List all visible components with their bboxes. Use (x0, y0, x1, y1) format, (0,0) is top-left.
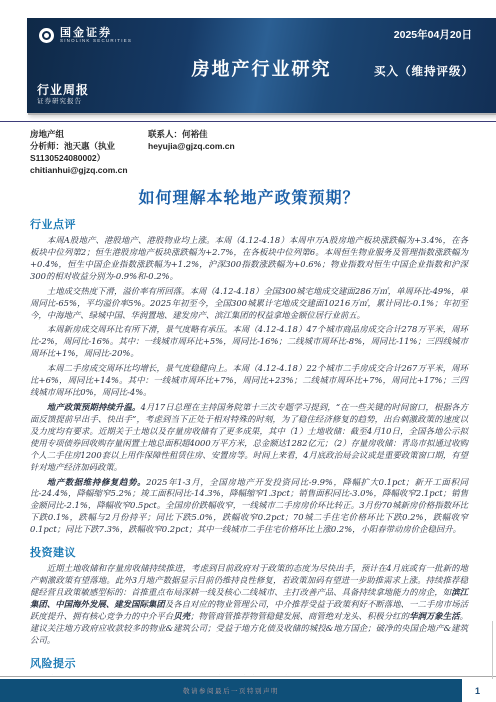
page-title: 如何理解本轮地产政策预期？ (30, 185, 468, 208)
brand: 国金证券 SINOLINK SECURITIES (39, 27, 132, 44)
comment-paragraph: 地产政策预期持续升温。4月17日总理在主持国务院第十三次专题学习提到，“在一些关… (30, 402, 468, 474)
advice-text: 近期土地收储和存量房收储持续推进，考虑到目前政府对于政策的态度为尽快出手，预计在… (30, 563, 468, 597)
page-edge-line (492, 621, 493, 679)
analyst-column: 房地产组 分析师：池天惠（执业 S1130524080002） chitianh… (30, 128, 148, 176)
section-risk-warning: 风险提示 宽松政策对市场提振不佳；三四线城市恢复力度弱；房企出现债务违约 (30, 655, 468, 675)
report-page: 国金证券 SINOLINK SECURITIES 2025年04月20日 房地产… (0, 0, 496, 702)
contact-column: 联系人：何裕佳 heyujia@gjzq.com.cn (148, 128, 468, 176)
paragraph-text: 4月17日总理在主持国务院第十三次专题学习提到，“在一些关键的时间窗口，根据各方… (30, 402, 468, 472)
report-header: 国金证券 SINOLINK SECURITIES 2025年04月20日 房地产… (27, 18, 496, 113)
comment-paragraph: 本周A股地产、港股地产、港股物业均上涨。本周（4.12-4.18）本周申万A股房… (30, 235, 468, 283)
risk-paragraph: 宽松政策对市场提振不佳；三四线城市恢复力度弱；房企出现债务违约 (30, 674, 468, 675)
analyst-name: 分析师：池天惠（执业 (30, 140, 148, 152)
report-body: 房地产组 分析师：池天惠（执业 S1130524080002） chitianh… (0, 128, 496, 675)
series-sublabel: 证券研究报告 (37, 98, 89, 106)
paragraph-lead: 地产政策预期持续升温。 (47, 402, 141, 412)
paragraph-lead: 地产数据维持修复趋势。 (47, 477, 146, 487)
analyst-email: chitianhui@gjzq.com.cn (30, 164, 148, 176)
logo-core-dot (44, 33, 49, 38)
section-heading-comment: 行业点评 (30, 216, 468, 232)
paragraph-text: 土地成交热度下滑，溢价率有所回落。本周（4.12-4.18）全国300城宅地成交… (30, 286, 468, 320)
series-label: 行业周报 (37, 83, 89, 98)
contact-email: heyujia@gjzq.com.cn (148, 140, 468, 152)
comment-paragraph: 地产数据维持修复趋势。2025年1-3月，全国房地产开发投资同比-9.9%，降幅… (30, 477, 468, 537)
report-date: 2025年04月20日 (394, 27, 472, 42)
series-block: 行业周报 证券研究报告 (37, 83, 89, 106)
footer-disclaimer: 敬请参阅最后一页特别声明 (183, 686, 279, 695)
comment-paragraph: 土地成交热度下滑，溢价率有所回落。本周（4.12-4.18）全国300城宅地成交… (30, 286, 468, 322)
section-industry-comment: 行业点评 本周A股地产、港股地产、港股物业均上涨。本周（4.12-4.18）本周… (30, 216, 468, 536)
footer-bar: 敬请参阅最后一页特别声明 (0, 679, 462, 702)
section-investment-advice: 投资建议 近期土地收储和存量房收储持续推进，考虑到目前政府对于政策的态度为尽快出… (30, 544, 468, 646)
advice-paragraph: 近期土地收储和存量房收储持续推进，考虑到目前政府对于政策的态度为尽快出手，预计在… (30, 563, 468, 646)
brand-name-en: SINOLINK SECURITIES (60, 39, 132, 44)
header-divider (0, 121, 496, 122)
analyst-group: 房地产组 (30, 128, 148, 140)
advice-text: ；物管商管推荐物管稳健发展、商管绝对龙头、积极分红的 (190, 611, 409, 621)
sinolink-logo-icon (39, 28, 54, 43)
recommended-property-manager: 华润万象生活 (409, 611, 460, 621)
rating-badge: 买入（维持评级） (374, 63, 474, 79)
recommended-broker: 贝壳 (173, 611, 190, 621)
comment-paragraph: 本周二手房成交周环比均增长，景气度稳健向上。本周（4.12-4.18）22个城市… (30, 363, 468, 399)
analyst-cert: S1130524080002） (30, 152, 148, 164)
section-heading-advice: 投资建议 (30, 544, 468, 560)
paragraph-text: 本周二手房成交周环比均增长，景气度稳健向上。本周（4.12-4.18）22个城市… (30, 363, 468, 397)
analyst-block: 房地产组 分析师：池天惠（执业 S1130524080002） chitianh… (30, 128, 468, 176)
footer-divider (0, 676, 496, 677)
contact-name: 联系人：何裕佳 (148, 128, 468, 140)
page-number: 1 (475, 686, 480, 696)
paragraph-text: 本周A股地产、港股地产、港股物业均上涨。本周（4.12-4.18）本周申万A股房… (30, 235, 468, 281)
paragraph-text: 本周新房成交周环比有所下滑，景气度略有承压。本周（4.12-4.18）47个城市… (30, 324, 468, 358)
comment-paragraph: 本周新房成交周环比有所下滑，景气度略有承压。本周（4.12-4.18）47个城市… (30, 324, 468, 360)
brand-text: 国金证券 SINOLINK SECURITIES (60, 27, 132, 44)
section-heading-risk: 风险提示 (30, 655, 468, 671)
